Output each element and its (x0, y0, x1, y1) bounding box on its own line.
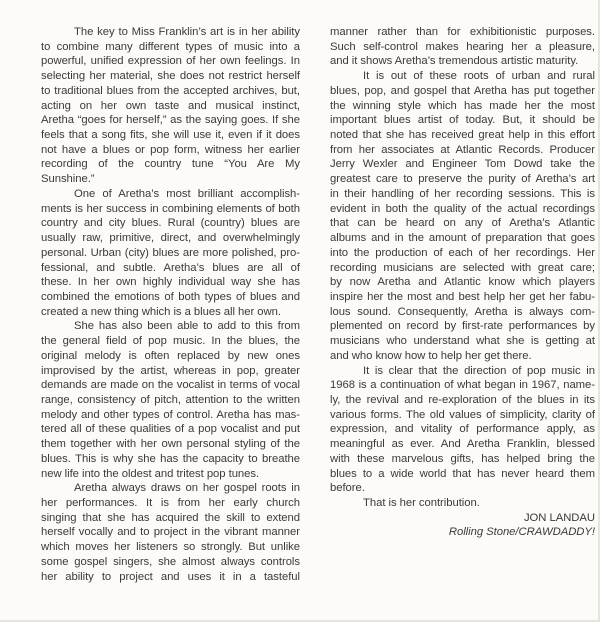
text-line: She has also been able to add to this fr… (41, 319, 300, 334)
text-line: demands are made on the vocalist in term… (41, 378, 300, 393)
paragraph: The key to Miss Franklin’s art is in her… (41, 25, 300, 187)
text-line: Aretha “goes for herself,” as the saying… (41, 113, 300, 128)
text-line: Aretha always draws on her gospel roots … (41, 481, 300, 496)
text-line: powerful, unified expression of her own … (41, 54, 300, 69)
text-line: not have a blues or pop form, witness he… (41, 143, 300, 158)
text-line: It is out of these roots of urban and ru… (330, 69, 595, 84)
text-line: acting on her own taste and musical inst… (41, 99, 300, 114)
text-line: various forms. The old values of simplic… (330, 408, 595, 423)
text-line: original melody is often replaced by new… (41, 349, 300, 364)
text-line: her performances. It is from her early c… (41, 496, 300, 511)
text-line: them together with her own personal styl… (41, 437, 300, 452)
text-line: new life into the oldest and tritest pop… (41, 467, 300, 482)
text-line: her ability to project and uses it in a … (41, 570, 300, 585)
text-line: in their handling of her recording sessi… (330, 187, 595, 202)
text-line: Sunshine.” (41, 172, 300, 187)
text-line: meaningful as ever. And Aretha Franklin,… (330, 437, 595, 452)
text-line: before. (330, 481, 595, 496)
text-line: Jerry Wexler and Engineer Tom Dowd take … (330, 157, 595, 172)
text-line: blues, pop, and gospel that Aretha has p… (330, 84, 595, 99)
text-line: evident in both the quality of the actua… (330, 202, 595, 217)
text-line: important blues artist of today. But, it… (330, 113, 595, 128)
text-line: feels that a song fits, she will use it,… (41, 128, 300, 143)
signature-block: JON LANDAU Rolling Stone/CRAWDADDY! (330, 511, 595, 540)
text-line: from her associates at Atlantic Records.… (330, 143, 595, 158)
text-line: personal. Urban (city) blues are more po… (41, 246, 300, 261)
text-line: greatest care to preserve the purity of … (330, 172, 595, 187)
text-line: into the production of each of her recor… (330, 246, 595, 261)
paragraph: Aretha always draws on her gospel roots … (41, 481, 300, 584)
text-line: 1968 is a continuation of what began in … (330, 378, 595, 393)
text-line: range, consistency of pitch, attention t… (41, 393, 300, 408)
text-line: and who know how to help her get there. (330, 349, 595, 364)
text-line: to combine many different types of music… (41, 40, 300, 55)
text-line: which moves her listeners so strongly. B… (41, 540, 300, 555)
text-line: and it shows Aretha’s tremendous artisti… (330, 54, 595, 69)
text-line: that can be heard on any of Aretha’s Atl… (330, 216, 595, 231)
text-line: ments is her success in combining elemen… (41, 202, 300, 217)
paragraph: manner rather than for exhibitionistic p… (330, 25, 595, 69)
paragraph: It is out of these roots of urban and ru… (330, 69, 595, 363)
text-line: selecting her material, she does not res… (41, 69, 300, 84)
text-line: noted that she has received great help i… (330, 128, 595, 143)
text-line: to traditional blues from the accepted a… (41, 84, 300, 99)
publication-credit: Rolling Stone/CRAWDADDY! (330, 525, 595, 540)
text-line: musicians who understand what she is get… (330, 334, 595, 349)
text-line: the general field of pop music. In the b… (41, 334, 300, 349)
text-line: It is clear that the direction of pop mu… (330, 364, 595, 379)
text-line: albums and in the amount of preparation … (330, 231, 595, 246)
text-line: these. In her own highly individual way … (41, 275, 300, 290)
text-line: plemented on record by first-rate perfor… (330, 319, 595, 334)
text-line: singing that she has acquired the skill … (41, 511, 300, 526)
text-line: tered all of these qualities of a pop vo… (41, 422, 300, 437)
text-line: ly, the revival and re-exploration of th… (330, 393, 595, 408)
text-line: by now Aretha and Atlantic know which pl… (330, 275, 595, 290)
paragraph: One of Aretha’s most brilliant accomplis… (41, 187, 300, 319)
left-column: The key to Miss Franklin’s art is in her… (41, 25, 300, 584)
author-name: JON LANDAU (330, 511, 595, 526)
text-line: expression, and vitality of performance … (330, 422, 595, 437)
text-line: country and city blues. Rural (country) … (41, 216, 300, 231)
text-line: created a new thing which is a blues all… (41, 305, 300, 320)
text-line: That is her contribution. (330, 496, 595, 511)
text-line: One of Aretha’s most brilliant accomplis… (41, 187, 300, 202)
text-line: improvised by the artist, whereas in pop… (41, 364, 300, 379)
paragraph: That is her contribution. (330, 496, 595, 511)
text-line: blues to a wide world that has never hea… (330, 467, 595, 482)
text-line: usually raw, primitive, direct, and over… (41, 231, 300, 246)
text-line: melody and other types of control. Areth… (41, 408, 300, 423)
text-line: some gospel singers, she almost always c… (41, 555, 300, 570)
text-line: blues. This is why she has the capacity … (41, 452, 300, 467)
text-line: combined the emotions of both types of b… (41, 290, 300, 305)
text-line: recording of the country tune “You Are M… (41, 157, 300, 172)
text-line: inspire her the most and best help her g… (330, 290, 595, 305)
text-line: lous sound. Consequently, Aretha is alwa… (330, 305, 595, 320)
text-line: recording musicians are selected with gr… (330, 261, 595, 276)
text-line: Such self-control makes hearing her a pl… (330, 40, 595, 55)
text-line: with these marvelous gifts, has helped b… (330, 452, 595, 467)
paragraph: It is clear that the direction of pop mu… (330, 364, 595, 496)
right-column: manner rather than for exhibitionistic p… (330, 25, 595, 540)
text-line: manner rather than for exhibitionistic p… (330, 25, 595, 40)
text-line: the winning style which has made her the… (330, 99, 595, 114)
text-line: The key to Miss Franklin’s art is in her… (41, 25, 300, 40)
text-line: herself vocally and to project in the vi… (41, 525, 300, 540)
text-line: fessional, and subtle. Aretha’s blues ar… (41, 261, 300, 276)
liner-notes-page: The key to Miss Franklin’s art is in her… (0, 0, 600, 622)
paragraph: She has also been able to add to this fr… (41, 319, 300, 481)
